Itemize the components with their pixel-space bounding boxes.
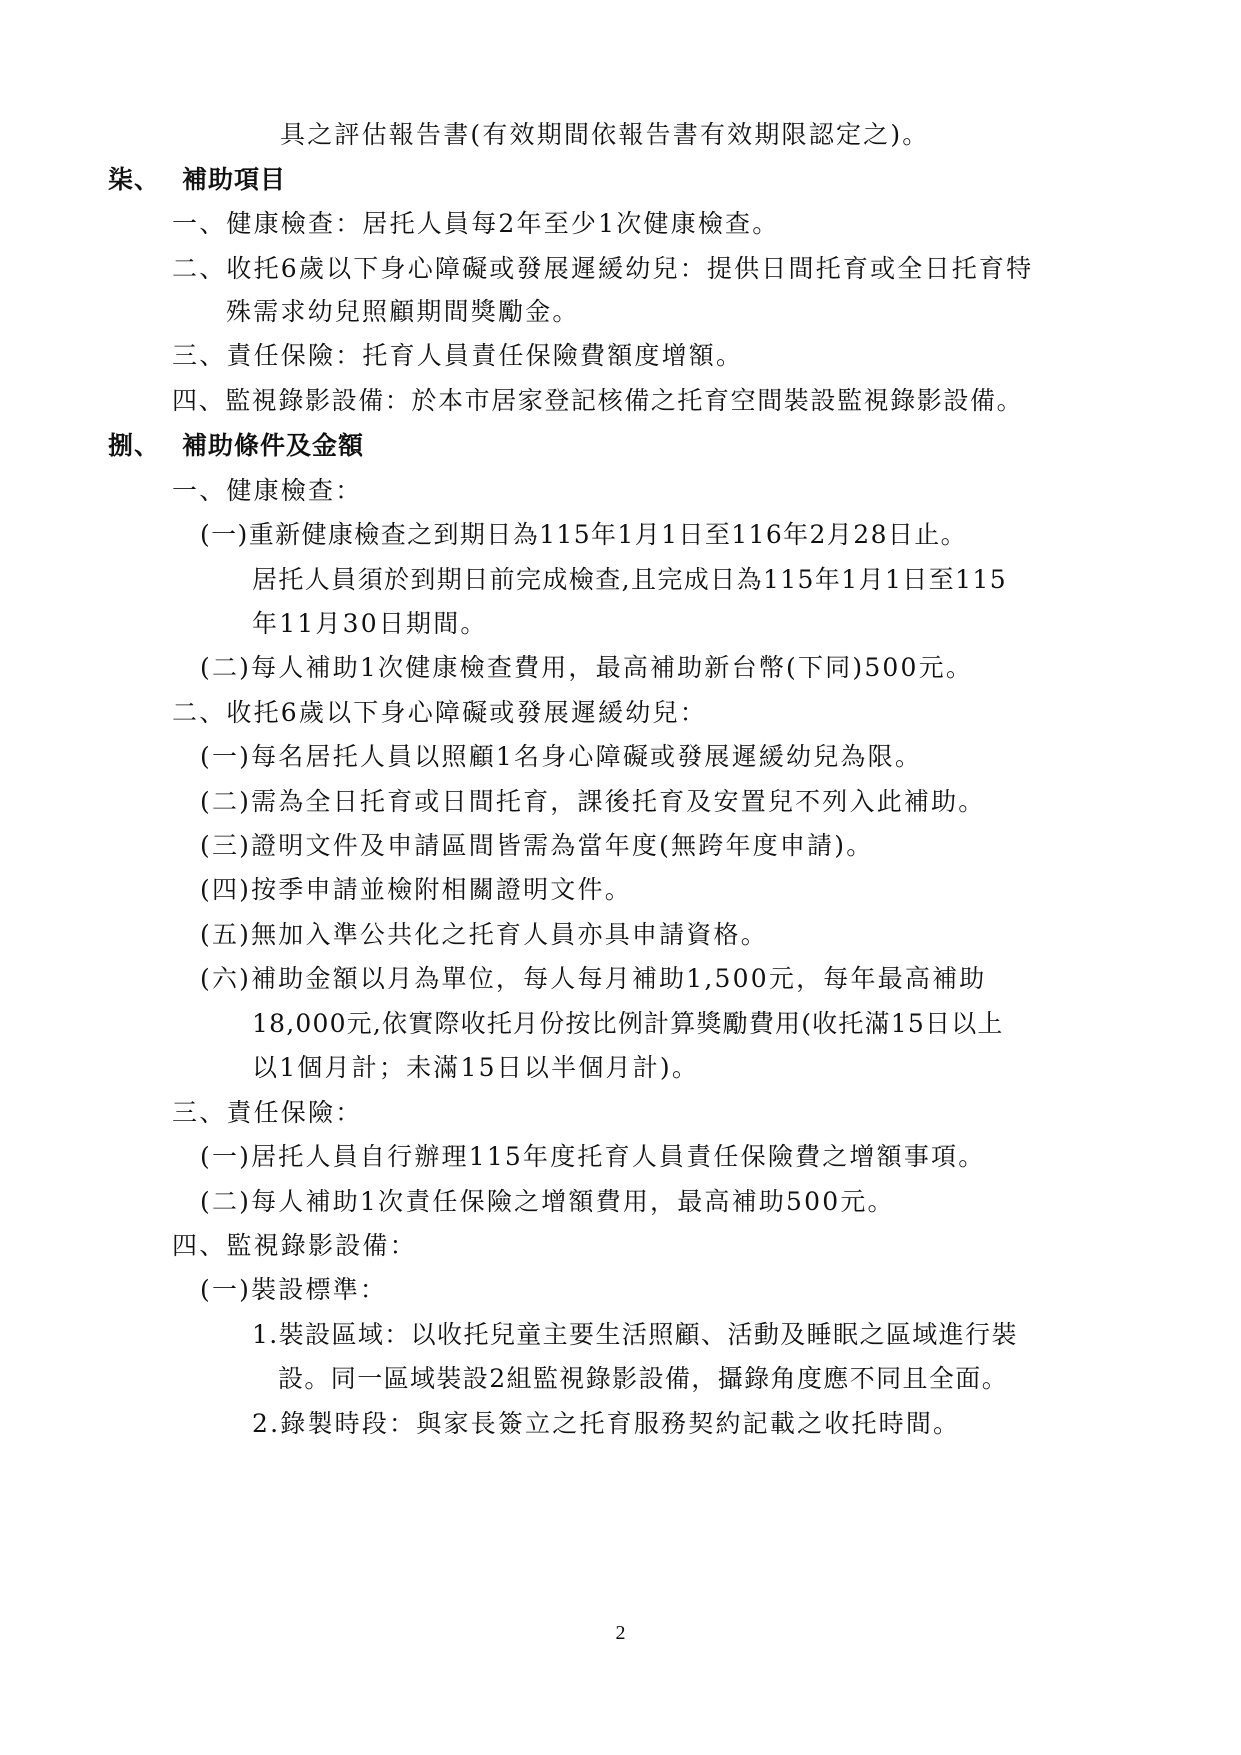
disability-sub-6-cont-1: 18,000元,依實際收托月份按比例計算獎勵費用(收托滿15日以上 (252, 1008, 1004, 1040)
continuation-text: 具之評估報告書(有效期間依報告書有效期限認定之)。 (280, 119, 930, 151)
section-7-heading: 柒、補助項目 (108, 164, 286, 196)
disability-sub-4: (四)按季申請並檢附相關證明文件。 (200, 874, 632, 906)
disability-sub-5: (五)無加入準公共化之托育人員亦具申請資格。 (200, 919, 768, 951)
insurance-sub-1: (一)居托人員自行辦理115年度托育人員責任保險費之增額事項。 (200, 1141, 985, 1173)
section-7-title: 補助項目 (182, 165, 286, 194)
section-7-item-2-cont: 殊需求幼兒照顧期間獎勵金。 (226, 296, 580, 328)
health-check-sub-1-cont-2: 年11月30日期間。 (252, 608, 488, 640)
health-check-sub-1: (一)重新健康檢查之到期日為115年1月1日至116年2月28日止。 (200, 519, 967, 551)
document-page: 具之評估報告書(有效期間依報告書有效期限認定之)。 柒、補助項目 一、健康檢查：… (0, 0, 1241, 1755)
section-7-item-4: 四、監視錄影設備：於本市居家登記核備之托育空間裝設監視錄影設備。 (172, 385, 1023, 417)
disability-sub-6-cont-2: 以1個月計；未滿15日以半個月計)。 (252, 1052, 699, 1084)
section-7-item-2: 二、收托6歲以下身心障礙或發展遲緩幼兒：提供日間托育或全日托育特 (172, 253, 1033, 285)
disability-sub-2: (二)需為全日托育或日間托育，課後托育及安置兒不列入此補助。 (200, 786, 986, 818)
disability-sub-6: (六)補助金額以月為單位，每人每月補助1,500元，每年最高補助 (200, 963, 986, 995)
section-7-item-1: 一、健康檢查：居托人員每2年至少1次健康檢查。 (172, 208, 779, 240)
health-check-sub-1-cont-1: 居托人員須於到期日前完成檢查,且完成日為115年1月1日至115 (252, 564, 1007, 596)
disability-sub-3: (三)證明文件及申請區間皆需為當年度(無跨年度申請)。 (200, 830, 873, 862)
cctv-title: 四、監視錄影設備： (172, 1230, 417, 1262)
section-8-heading: 捌、補助條件及金額 (108, 430, 364, 462)
section-7-number: 柒、 (108, 164, 182, 196)
section-8-number: 捌、 (108, 430, 182, 462)
section-7-item-3: 三、責任保險：托育人員責任保險費額度增額。 (172, 340, 743, 372)
cctv-item-1: 1.裝設區域：以收托兒童主要生活照顧、活動及睡眠之區域進行裝 (252, 1319, 1018, 1351)
insurance-title: 三、責任保險： (172, 1097, 362, 1129)
disability-sub-1: (一)每名居托人員以照顧1名身心障礙或發展遲緩幼兒為限。 (200, 741, 922, 773)
health-check-sub-2: (二)每人補助1次健康檢查費用，最高補助新台幣(下同)500元。 (200, 652, 973, 684)
page-number: 2 (0, 1620, 1241, 1646)
section-8-title: 補助條件及金額 (182, 431, 364, 460)
cctv-item-2: 2.錄製時段：與家長簽立之托育服務契約記載之收托時間。 (252, 1408, 960, 1440)
disability-title: 二、收托6歲以下身心障礙或發展遲緩幼兒： (172, 697, 707, 729)
health-check-title: 一、健康檢查： (172, 475, 362, 507)
cctv-item-1-cont: 設。同一區域裝設2組監視錄影設備，攝錄角度應不同且全面。 (278, 1363, 1008, 1395)
cctv-sub-1: (一)裝設標準： (200, 1274, 387, 1306)
insurance-sub-2: (二)每人補助1次責任保險之增額費用，最高補助500元。 (200, 1186, 895, 1218)
